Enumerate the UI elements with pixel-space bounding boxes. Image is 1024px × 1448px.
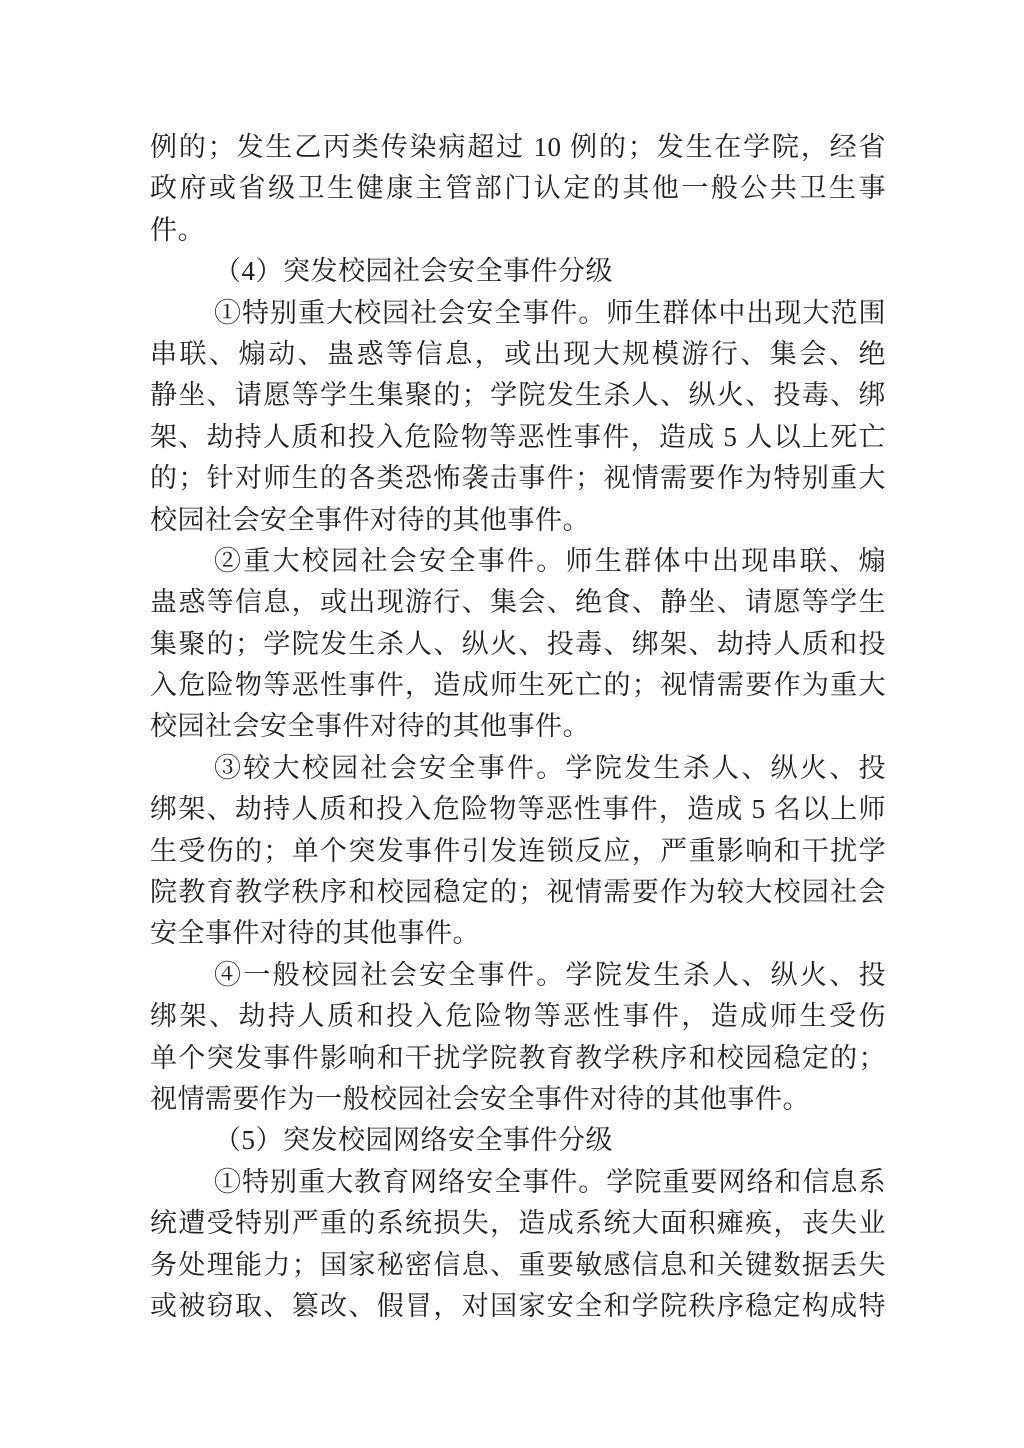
text-line: 集聚的；学院发生杀人、纵火、投毒、绑架、劫持人质和投 (150, 624, 886, 665)
text-line: 统遭受特别严重的系统损失，造成系统大面积瘫痪，丧失业 (150, 1203, 886, 1244)
text-line: 架、劫持人质和投入危险物等恶性事件，造成 5 人以上死亡 (150, 417, 886, 458)
text-line: 院教育教学秩序和校园稳定的；视情需要作为较大校园社会 (150, 872, 886, 913)
text-line: ①特别重大教育网络安全事件。学院重要网络和信息系 (150, 1162, 886, 1203)
text-line: 务处理能力；国家秘密信息、重要敏感信息和关键数据丢失 (150, 1245, 886, 1286)
text-line: 单个突发事件影响和干扰学院教育教学秩序和校园稳定的； (150, 1038, 886, 1079)
text-line: 校园社会安全事件对待的其他事件。 (150, 500, 886, 541)
text-line: 入危险物等恶性事件，造成师生死亡的；视情需要作为重大 (150, 665, 886, 706)
text-line: 静坐、请愿等学生集聚的；学院发生杀人、纵火、投毒、绑 (150, 375, 886, 416)
document-body: 例的；发生乙丙类传染病超过 10 例的；发生在学院，经省政府或省级卫生健康主管部… (150, 127, 886, 1327)
text-line: （4）突发校园社会安全事件分级 (150, 251, 886, 292)
text-line: 生受伤的；单个突发事件引发连锁反应，严重影响和干扰学 (150, 831, 886, 872)
text-line: 政府或省级卫生健康主管部门认定的其他一般公共卫生事 (150, 168, 886, 209)
text-line: ①特别重大校园社会安全事件。师生群体中出现大范围 (150, 293, 886, 334)
text-line: 串联、煽动、蛊惑等信息，或出现大规模游行、集会、绝食、 (150, 334, 886, 375)
text-line: 的；针对师生的各类恐怖袭击事件；视情需要作为特别重大 (150, 458, 886, 499)
text-line: （5）突发校园网络安全事件分级 (150, 1120, 886, 1161)
text-line: ②重大校园社会安全事件。师生群体中出现串联、煽动、 (150, 541, 886, 582)
text-line: 安全事件对待的其他事件。 (150, 913, 886, 954)
text-line: 例的；发生乙丙类传染病超过 10 例的；发生在学院，经省 (150, 127, 886, 168)
text-line: 视情需要作为一般校园社会安全事件对待的其他事件。 (150, 1079, 886, 1120)
text-line: 绑架、劫持人质和投入危险物等恶性事件，造成 5 名以上师 (150, 789, 886, 830)
document-page: 例的；发生乙丙类传染病超过 10 例的；发生在学院，经省政府或省级卫生健康主管部… (0, 0, 1024, 1448)
text-line: ③较大校园社会安全事件。学院发生杀人、纵火、投毒、 (150, 748, 886, 789)
text-line: 或被窃取、篡改、假冒，对国家安全和学院秩序稳定构成特 (150, 1286, 886, 1327)
text-line: 绑架、劫持人质和投入危险物等恶性事件，造成师生受伤的； (150, 996, 886, 1037)
text-line: 校园社会安全事件对待的其他事件。 (150, 706, 886, 747)
text-line: ④一般校园社会安全事件。学院发生杀人、纵火、投毒、 (150, 955, 886, 996)
text-line: 件。 (150, 210, 886, 251)
text-line: 蛊惑等信息，或出现游行、集会、绝食、静坐、请愿等学生 (150, 582, 886, 623)
